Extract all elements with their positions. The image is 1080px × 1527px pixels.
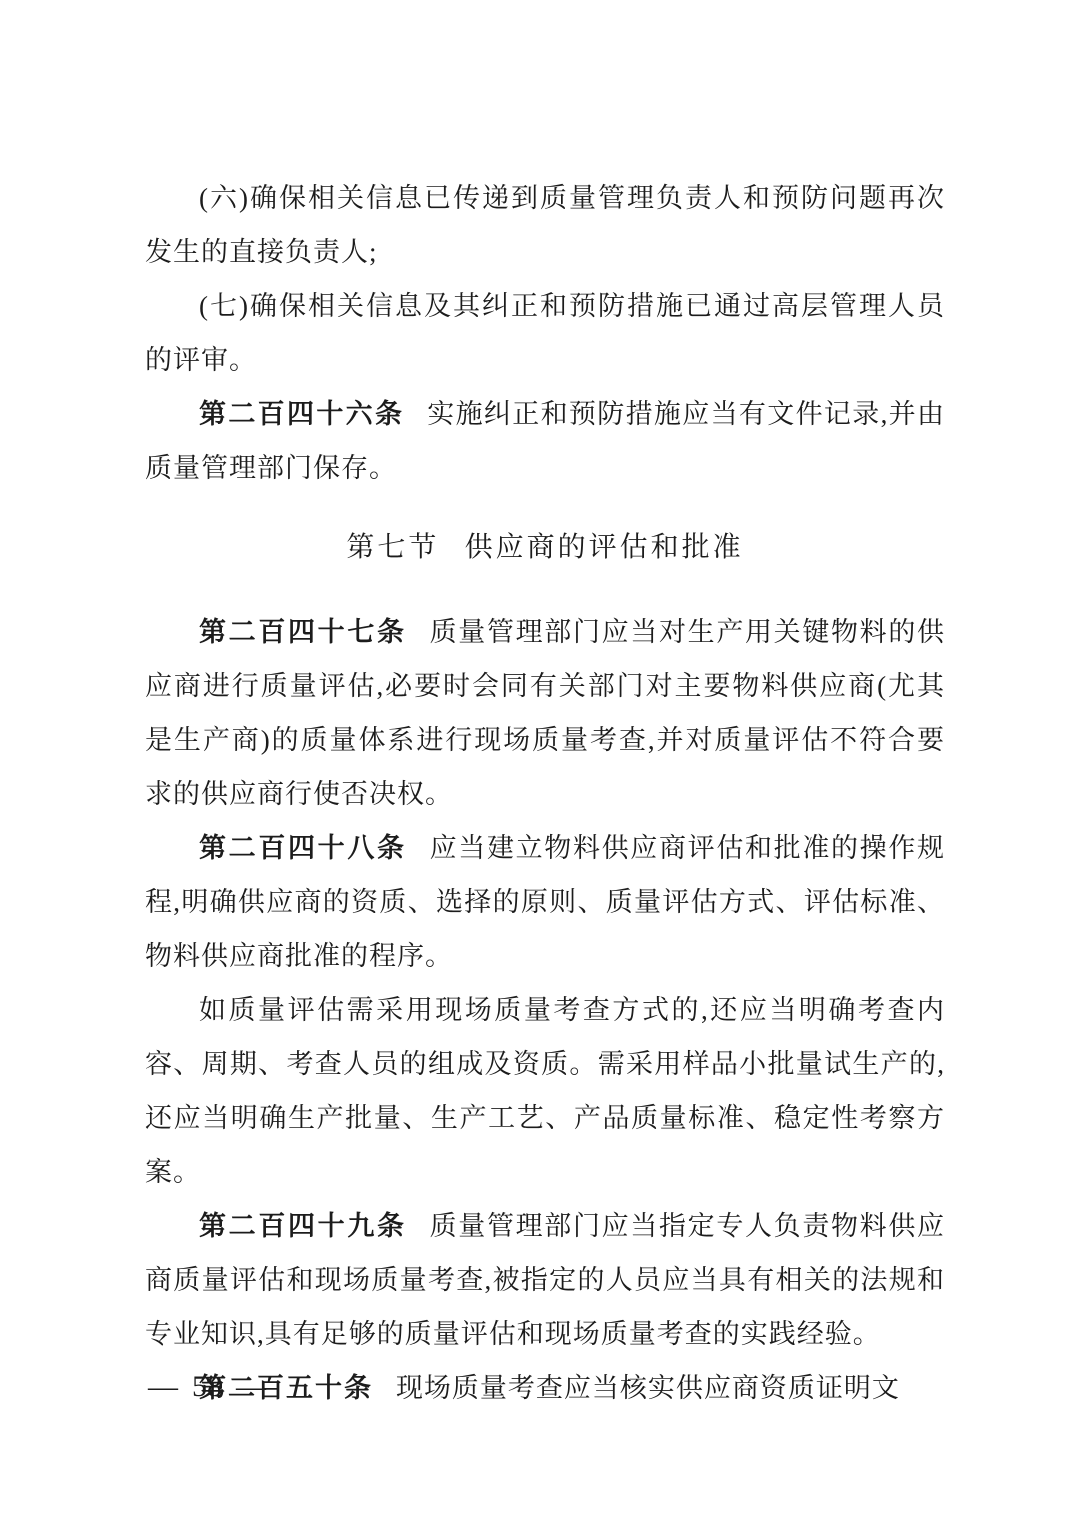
page-footer: —58— [148, 1372, 266, 1402]
article-number: 第二百四十七条 [199, 617, 407, 647]
page-number: 58 [192, 1370, 222, 1403]
section-title: 供应商的评估和批准 [465, 532, 744, 563]
footer-dash-left: — [148, 1370, 178, 1403]
article-number: 第二百四十六条 [199, 399, 404, 429]
article-paragraph: 第二百四十八条应当建立物料供应商评估和批准的操作规程,明确供应商的资质、选择的原… [145, 821, 945, 983]
document-page: (六)确保相关信息已传递到质量管理负责人和预防问题再次发生的直接负责人; (七)… [0, 0, 1080, 1527]
section-heading: 第七节供应商的评估和批准 [145, 521, 945, 575]
paragraph-text: (六)确保相关信息已传递到质量管理负责人和预防问题再次发生的直接负责人; [145, 183, 945, 267]
article-number: 第二百四十八条 [199, 833, 407, 863]
clause-paragraph: (七)确保相关信息及其纠正和预防措施已通过高层管理人员的评审。 [145, 279, 945, 387]
paragraph-text: 如质量评估需采用现场质量考查方式的,还应当明确考查内容、周期、考查人员的组成及资… [145, 995, 945, 1187]
footer-dash-right: — [236, 1370, 266, 1403]
clause-paragraph: 如质量评估需采用现场质量考查方式的,还应当明确考查内容、周期、考查人员的组成及资… [145, 983, 945, 1199]
clause-paragraph: (六)确保相关信息已传递到质量管理负责人和预防问题再次发生的直接负责人; [145, 171, 945, 279]
article-paragraph: 第二百四十七条质量管理部门应当对生产用关键物料的供应商进行质量评估,必要时会同有… [145, 605, 945, 821]
section-label: 第七节 [346, 532, 439, 563]
paragraph-text: (七)确保相关信息及其纠正和预防措施已通过高层管理人员的评审。 [145, 291, 945, 375]
article-paragraph: 第二百四十六条实施纠正和预防措施应当有文件记录,并由质量管理部门保存。 [145, 387, 945, 495]
paragraph-text: 现场质量考查应当核实供应商资质证明文 [396, 1373, 900, 1403]
article-paragraph: 第二百四十九条质量管理部门应当指定专人负责物料供应商质量评估和现场质量考查,被指… [145, 1199, 945, 1361]
article-number: 第二百四十九条 [199, 1211, 407, 1241]
page-content: (六)确保相关信息已传递到质量管理负责人和预防问题再次发生的直接负责人; (七)… [145, 171, 945, 1415]
